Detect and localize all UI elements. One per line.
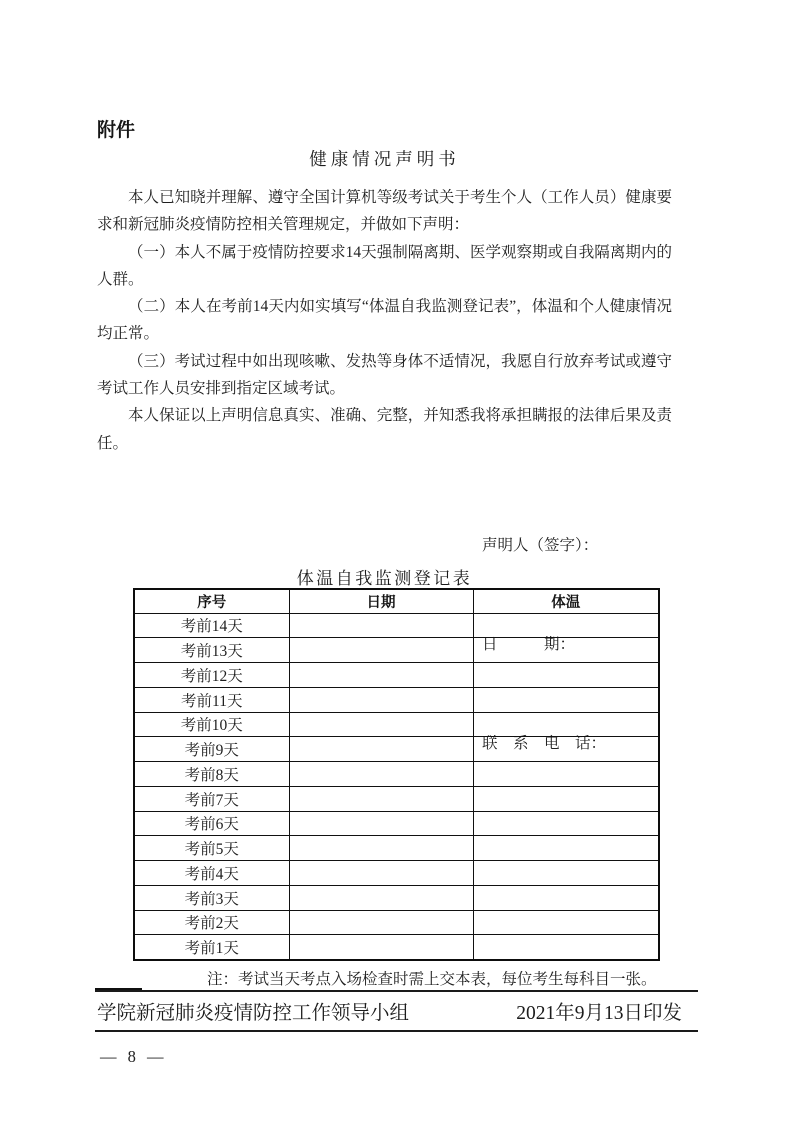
table-row: 考前9天 — [134, 737, 659, 762]
row-label: 考前5天 — [134, 836, 289, 861]
date-cell — [289, 861, 473, 886]
temp-cell — [473, 836, 659, 861]
table-row: 考前4天 — [134, 861, 659, 886]
temp-cell — [473, 910, 659, 935]
paragraph-item-1: （一）本人不属于疫情防控要求14天强制隔离期、医学观察期或自我隔离期内的人群。 — [97, 239, 672, 294]
signer-line: 声明人（签字）： — [482, 529, 606, 562]
row-label: 考前4天 — [134, 861, 289, 886]
date-cell — [289, 836, 473, 861]
paragraph-guarantee: 本人保证以上声明信息真实、准确、完整，并知悉我将承担瞒报的法律后果及责任。 — [97, 402, 672, 457]
footer-issue-date: 2021年9月13日印发 — [516, 997, 682, 1025]
table-row: 考前13天 — [134, 638, 659, 663]
date-cell — [289, 786, 473, 811]
row-label: 考前6天 — [134, 811, 289, 836]
row-label: 考前2天 — [134, 910, 289, 935]
header-序号: 序号 — [134, 589, 289, 613]
date-cell — [289, 885, 473, 910]
temp-cell — [473, 613, 659, 638]
temp-cell — [473, 737, 659, 762]
temperature-monitor-table: 序号 日期 体温 考前14天 考前13天 考前12天 考前11天 考前10天 考… — [133, 588, 660, 961]
row-label: 考前1天 — [134, 935, 289, 960]
header-日期: 日期 — [289, 589, 473, 613]
table-row: 考前6天 — [134, 811, 659, 836]
paragraph-item-3: （三）考试过程中如出现咳嗽、发热等身体不适情况，我愿自行放弃考试或遵守考试工作人… — [97, 348, 672, 403]
row-label: 考前8天 — [134, 762, 289, 787]
date-cell — [289, 663, 473, 688]
temp-cell — [473, 861, 659, 886]
temp-cell — [473, 712, 659, 737]
footer-row: 学院新冠肺炎疫情防控工作领导小组 2021年9月13日印发 — [97, 997, 682, 1025]
paragraph-item-2: （二）本人在考前14天内如实填写“体温自我监测登记表”，体温和个人健康情况均正常… — [97, 293, 672, 348]
table-note: 注：考试当天考点入场检查时需上交本表，每位考生每科目一张。 — [207, 967, 657, 989]
table-row: 考前10天 — [134, 712, 659, 737]
table-row: 考前8天 — [134, 762, 659, 787]
table-row: 考前2天 — [134, 910, 659, 935]
table-row: 考前14天 — [134, 613, 659, 638]
document-page: 附件 健康情况声明书 本人已知晓并理解、遵守全国计算机等级考试关于考生个人（工作… — [0, 0, 793, 1122]
temp-cell — [473, 786, 659, 811]
table-row: 考前3天 — [134, 885, 659, 910]
row-label: 考前12天 — [134, 663, 289, 688]
temp-cell — [473, 638, 659, 663]
temp-cell — [473, 762, 659, 787]
date-cell — [289, 737, 473, 762]
table-row: 考前11天 — [134, 687, 659, 712]
date-cell — [289, 687, 473, 712]
date-cell — [289, 762, 473, 787]
date-cell — [289, 935, 473, 960]
table-row: 考前7天 — [134, 786, 659, 811]
page-number: — 8 — — [100, 1047, 164, 1067]
date-cell — [289, 613, 473, 638]
footer-rule-bottom — [95, 1030, 698, 1032]
temp-cell — [473, 935, 659, 960]
footer-issuer: 学院新冠肺炎疫情防控工作领导小组 — [97, 997, 409, 1025]
date-cell — [289, 811, 473, 836]
table-row: 考前1天 — [134, 935, 659, 960]
table-row: 考前12天 — [134, 663, 659, 688]
table-row: 考前5天 — [134, 836, 659, 861]
row-label: 考前10天 — [134, 712, 289, 737]
declaration-body: 本人已知晓并理解、遵守全国计算机等级考试关于考生个人（工作人员）健康要求和新冠肺… — [97, 184, 672, 457]
row-label: 考前3天 — [134, 885, 289, 910]
temp-cell — [473, 885, 659, 910]
header-体温: 体温 — [473, 589, 659, 613]
date-cell — [289, 638, 473, 663]
row-label: 考前11天 — [134, 687, 289, 712]
footer-rule-top — [95, 990, 698, 992]
table-header-row: 序号 日期 体温 — [134, 589, 659, 613]
document-title: 健康情况声明书 — [97, 146, 672, 171]
date-cell — [289, 910, 473, 935]
row-label: 考前14天 — [134, 613, 289, 638]
temp-cell — [473, 811, 659, 836]
attachment-label: 附件 — [97, 115, 135, 142]
row-label: 考前13天 — [134, 638, 289, 663]
row-label: 考前9天 — [134, 737, 289, 762]
row-label: 考前7天 — [134, 786, 289, 811]
paragraph-intro: 本人已知晓并理解、遵守全国计算机等级考试关于考生个人（工作人员）健康要求和新冠肺… — [97, 184, 672, 239]
temp-cell — [473, 663, 659, 688]
temp-cell — [473, 687, 659, 712]
date-cell — [289, 712, 473, 737]
table-title: 体温自我监测登记表 — [97, 564, 672, 589]
